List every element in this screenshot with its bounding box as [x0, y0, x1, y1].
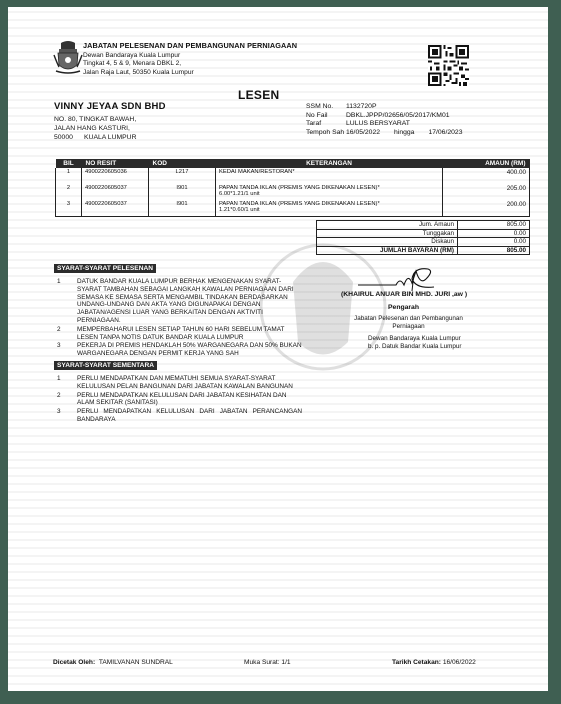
total-value: 805.00 — [458, 246, 530, 255]
condition-item: 2MEMPERBAHARUI LESEN SETIAP TAHUN 60 HAR… — [54, 326, 302, 342]
row-desc-line: KEDAI MAKAN/RESTORAN* — [219, 169, 439, 175]
qr-code-icon — [428, 44, 469, 87]
temporary-conditions-heading: SYARAT-SYARAT SEMENTARA — [54, 361, 157, 370]
valid-to: 17/06/2023 — [428, 129, 462, 136]
condition-item: 1DATUK BANDAR KUALA LUMPUR BERHAK MENGEN… — [54, 278, 302, 325]
totals-table: Jum. Amaun805.00 Tunggakan0.00 Diskaun0.… — [316, 220, 530, 255]
row-resit: 4900220605037 — [82, 184, 149, 200]
license-document: JABATAN PELESENAN DAN PEMBANGUNAN PERNIA… — [8, 7, 548, 691]
fees-table: BIL NO RESIT KOD KETERANGAN AMAUN (RM) 1… — [55, 159, 530, 217]
total-label: Tunggakan — [317, 229, 458, 238]
table-row: 1 4900220605036 L217 KEDAI MAKAN/RESTORA… — [56, 168, 530, 184]
page-number: Muka Surat: 1/1 — [244, 659, 291, 666]
valid-from: 16/05/2022 — [346, 129, 380, 136]
dbkl-crest-icon — [53, 39, 83, 75]
condition-number: 2 — [54, 392, 77, 408]
row-kod: L217 — [149, 168, 216, 184]
ssm-value: 1132720P — [346, 103, 377, 112]
signatory-department: Jabatan Pelesenan dan Pembangunan Pernia… — [341, 315, 476, 331]
row-desc-detail: 6.00*1.21/1 unit — [219, 191, 439, 197]
printed-by-label: Dicetak Oleh: — [53, 659, 95, 666]
document-title: LESEN — [238, 88, 280, 102]
condition-item: 2PERLU MENDAPATKAN KELULUSAN DARI JABATA… — [54, 392, 302, 408]
total-value: 805.00 — [458, 221, 530, 230]
row-amount: 205.00 — [443, 184, 530, 200]
address-line-2: JALAN HANG KASTURI, — [54, 124, 137, 133]
condition-number: 1 — [54, 375, 77, 391]
status-label: Taraf — [306, 120, 346, 129]
licensing-conditions: SYARAT-SYARAT PELESENAN 1DATUK BANDAR KU… — [54, 257, 302, 359]
postcode: 50000 — [54, 133, 84, 142]
licensee-address: NO. 80, TINGKAT BAWAH, JALAN HANG KASTUR… — [54, 115, 137, 142]
total-label: JUMLAH BAYARAN (RM) — [317, 246, 458, 255]
council-line: b. p. Datuk Bandar Kuala Lumpur — [368, 343, 461, 351]
department-line: Jabatan Pelesenan dan Pembangunan — [341, 315, 476, 323]
signatory-name: (KHAIRUL ANUAR BIN MHD. JURI ,aw ) — [341, 291, 467, 298]
city: KUALA LUMPUR — [84, 134, 137, 141]
row-desc: PAPAN TANDA IKLAN (PREMIS YANG DIKENAKAN… — [216, 200, 443, 217]
agency-address-line: Jalan Raja Laut, 50350 Kuala Lumpur — [83, 69, 194, 77]
condition-item: 1PERLU MENDAPATKAN DAN MEMATUHI SEMUA SY… — [54, 375, 302, 391]
total-label: Diskaun — [317, 238, 458, 247]
condition-text: PERLU MENDAPATKAN KELULUSAN DARI JABATAN… — [77, 408, 302, 424]
address-line-1: NO. 80, TINGKAT BAWAH, — [54, 115, 137, 124]
condition-number: 1 — [54, 278, 77, 325]
total-row: Diskaun0.00 — [317, 238, 530, 247]
row-resit: 4900220605037 — [82, 200, 149, 217]
council-line: Dewan Bandaraya Kuala Lumpur — [368, 335, 461, 343]
printed-by-value: TAMILVANAN SUNDRAL — [99, 659, 173, 666]
table-row: 2 4900220605037 I901 PAPAN TANDA IKLAN (… — [56, 184, 530, 200]
row-bil: 1 — [56, 168, 82, 184]
agency-address: Dewan Bandaraya Kuala Lumpur Tingkat 4, … — [83, 52, 194, 77]
total-label: Jum. Amaun — [317, 221, 458, 230]
signatory-council: Dewan Bandaraya Kuala Lumpur b. p. Datuk… — [368, 335, 461, 350]
col-no-resit: NO RESIT — [82, 159, 149, 168]
condition-text: PERLU MENDAPATKAN DAN MEMATUHI SEMUA SYA… — [77, 375, 302, 391]
licensee-company: VINNY JEYAA SDN BHD — [54, 101, 166, 112]
row-resit: 4900220605036 — [82, 168, 149, 184]
page-label: Muka Surat: — [244, 659, 280, 666]
validity-label: Tempoh Sah — [306, 129, 346, 138]
printed-by: Dicetak Oleh: TAMILVANAN SUNDRAL — [53, 659, 173, 666]
condition-number: 3 — [54, 408, 77, 424]
col-kod: KOD — [149, 159, 216, 168]
total-value: 0.00 — [458, 229, 530, 238]
file-label: No Fail — [306, 112, 346, 121]
agency-address-line: Tingkat 4, 5 & 9, Menara DBKL 2, — [83, 60, 194, 68]
status-value: LULUS BERSYARAT — [346, 120, 410, 129]
row-amount: 400.00 — [443, 168, 530, 184]
table-row: 3 4900220605037 I901 PAPAN TANDA IKLAN (… — [56, 200, 530, 217]
total-value: 0.00 — [458, 238, 530, 247]
row-kod: I901 — [149, 184, 216, 200]
col-amaun: AMAUN (RM) — [443, 159, 530, 168]
print-date-value: 16/06/2022 — [443, 659, 476, 666]
signatory-post: Pengarah — [388, 304, 419, 311]
page-value: 1/1 — [281, 659, 290, 666]
license-meta: SSM No.1132720P No FailDBKL.JPPP/02656/0… — [306, 103, 462, 137]
print-date-label: Tarikh Cetakan: — [392, 659, 441, 666]
row-desc: KEDAI MAKAN/RESTORAN* — [216, 168, 443, 184]
condition-number: 2 — [54, 326, 77, 342]
agency-address-line: Dewan Bandaraya Kuala Lumpur — [83, 52, 194, 60]
row-desc-detail: 1.21*0.60/1 unit — [219, 207, 439, 213]
row-bil: 3 — [56, 200, 82, 217]
temporary-conditions: SYARAT-SYARAT SEMENTARA 1PERLU MENDAPATK… — [54, 354, 302, 425]
licensing-conditions-heading: SYARAT-SYARAT PELESENAN — [54, 264, 156, 273]
total-row: Tunggakan0.00 — [317, 229, 530, 238]
grand-total-row: JUMLAH BAYARAN (RM)805.00 — [317, 246, 530, 255]
condition-text: MEMPERBAHARUI LESEN SETIAP TAHUN 60 HARI… — [77, 326, 302, 342]
row-bil: 2 — [56, 184, 82, 200]
file-value: DBKL.JPPP/02656/05/2017/KM01 — [346, 112, 450, 121]
col-bil: BIL — [56, 159, 82, 168]
row-amount: 200.00 — [443, 200, 530, 217]
signature-icon — [356, 265, 436, 291]
ssm-label: SSM No. — [306, 103, 346, 112]
condition-text: PERLU MENDAPATKAN KELULUSAN DARI JABATAN… — [77, 392, 302, 408]
total-row: Jum. Amaun805.00 — [317, 221, 530, 230]
department-line: Perniagaan — [341, 323, 476, 331]
condition-item: 3PERLU MENDAPATKAN KELULUSAN DARI JABATA… — [54, 408, 302, 424]
col-keterangan: KETERANGAN — [216, 159, 443, 168]
row-desc: PAPAN TANDA IKLAN (PREMIS YANG DIKENAKAN… — [216, 184, 443, 200]
print-date: Tarikh Cetakan: 16/06/2022 — [392, 659, 476, 666]
valid-separator: hingga — [394, 129, 414, 136]
agency-name: JABATAN PELESENAN DAN PEMBANGUNAN PERNIA… — [83, 41, 297, 50]
row-kod: I901 — [149, 200, 216, 217]
condition-text: DATUK BANDAR KUALA LUMPUR BERHAK MENGENA… — [77, 278, 302, 325]
